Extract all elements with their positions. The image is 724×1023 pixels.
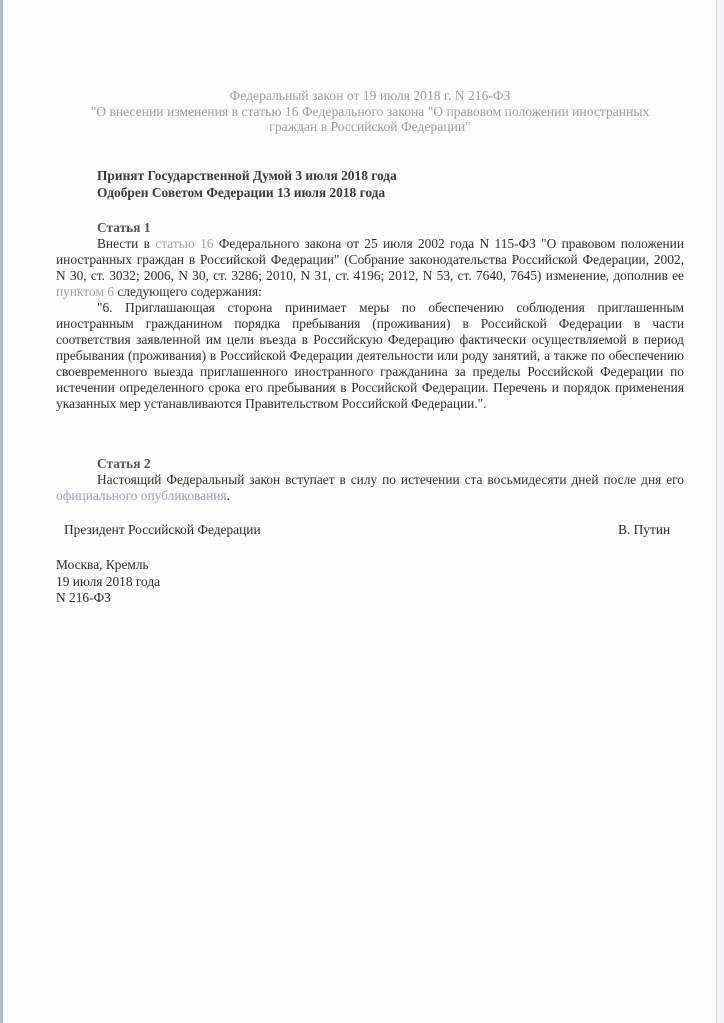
document-page: Федеральный закон от 19 июля 2018 г. N 2…	[0, 0, 724, 1023]
link-point-6[interactable]: пунктом 6	[56, 284, 114, 299]
law-number: N 216-ФЗ	[56, 590, 160, 607]
approved-council: Одобрен Советом Федерации 13 июля 2018 г…	[97, 184, 397, 201]
link-article-16[interactable]: статью 16	[155, 236, 213, 251]
article-2-paragraph: Настоящий Федеральный закон вступает в с…	[56, 472, 684, 504]
place-date-block: Москва, Кремль 19 июля 2018 года N 216-Ф…	[56, 557, 160, 607]
signature-position: Президент Российской Федерации	[64, 522, 261, 538]
link-official-publication[interactable]: официального опубликования	[56, 488, 227, 503]
article-2-heading: Статья 2	[97, 456, 151, 472]
text: следующего содержания:	[114, 284, 262, 299]
title-line: граждан в Российской Федерации"	[50, 119, 690, 135]
text: Внести в	[97, 236, 155, 251]
document-title: Федеральный закон от 19 июля 2018 г. N 2…	[50, 88, 690, 135]
signature-name: В. Путин	[618, 522, 670, 538]
scan-edge-left	[0, 0, 3, 1023]
text: .	[227, 488, 230, 503]
text: "6. Приглашающая сторона принимает меры …	[56, 300, 684, 411]
article-1-paragraph-1: Внести в статью 16 Федерального закона о…	[56, 236, 684, 300]
adoption-info: Принят Государственной Думой 3 июля 2018…	[97, 167, 397, 201]
scan-edge-right	[716, 0, 724, 1023]
text: Настоящий Федеральный закон вступает в с…	[97, 472, 684, 487]
title-line: Федеральный закон от 19 июля 2018 г. N 2…	[50, 88, 690, 104]
adopted-duma: Принят Государственной Думой 3 июля 2018…	[97, 167, 397, 184]
article-1-heading: Статья 1	[97, 220, 151, 236]
title-line: "О внесении изменения в статью 16 Федера…	[50, 104, 690, 120]
place: Москва, Кремль	[56, 557, 160, 574]
date: 19 июля 2018 года	[56, 574, 160, 591]
article-1-paragraph-2: "6. Приглашающая сторона принимает меры …	[56, 300, 684, 412]
